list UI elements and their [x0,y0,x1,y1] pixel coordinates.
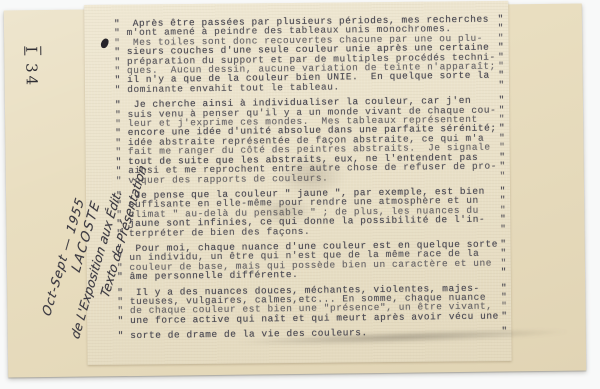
right-margin-quote: " [498,61,504,70]
typed-line-text: " dominante envahit tout le tableau. [115,82,340,94]
right-margin-quote: " [499,143,505,152]
index-roman-numeral: I [22,46,40,55]
typed-line-text: " terpréter de bien des façons. [116,226,310,238]
stain-mark [254,197,314,226]
right-margin-quote: " [499,114,505,123]
paragraph: " Pour moi, chaque nuance d'une couleur … [117,239,507,281]
right-margin-quote: " [501,311,507,320]
right-margin-quote: " [501,302,507,311]
right-margin-quote: " [501,268,507,277]
right-margin-quote: " [498,80,504,89]
stain-mark [276,154,347,197]
right-margin-quote: " [500,205,506,214]
right-margin-quote: " [498,33,504,42]
right-margin-quote: " [500,171,506,180]
paragraph: " Il y a des nuances douces, méchantes, … [117,283,507,325]
album-page: I 34 Texto de Présentation de L'Expositi… [4,3,586,377]
paragraph: " Après être passées par plusieurs pério… [114,14,505,94]
index-number: I 34 [22,32,41,102]
scan-background: I 34 Texto de Présentation de L'Expositi… [0,0,600,389]
index-digits: 34 [22,63,40,88]
right-margin-quote: " [500,224,506,233]
right-margin-quote: " [501,258,507,267]
